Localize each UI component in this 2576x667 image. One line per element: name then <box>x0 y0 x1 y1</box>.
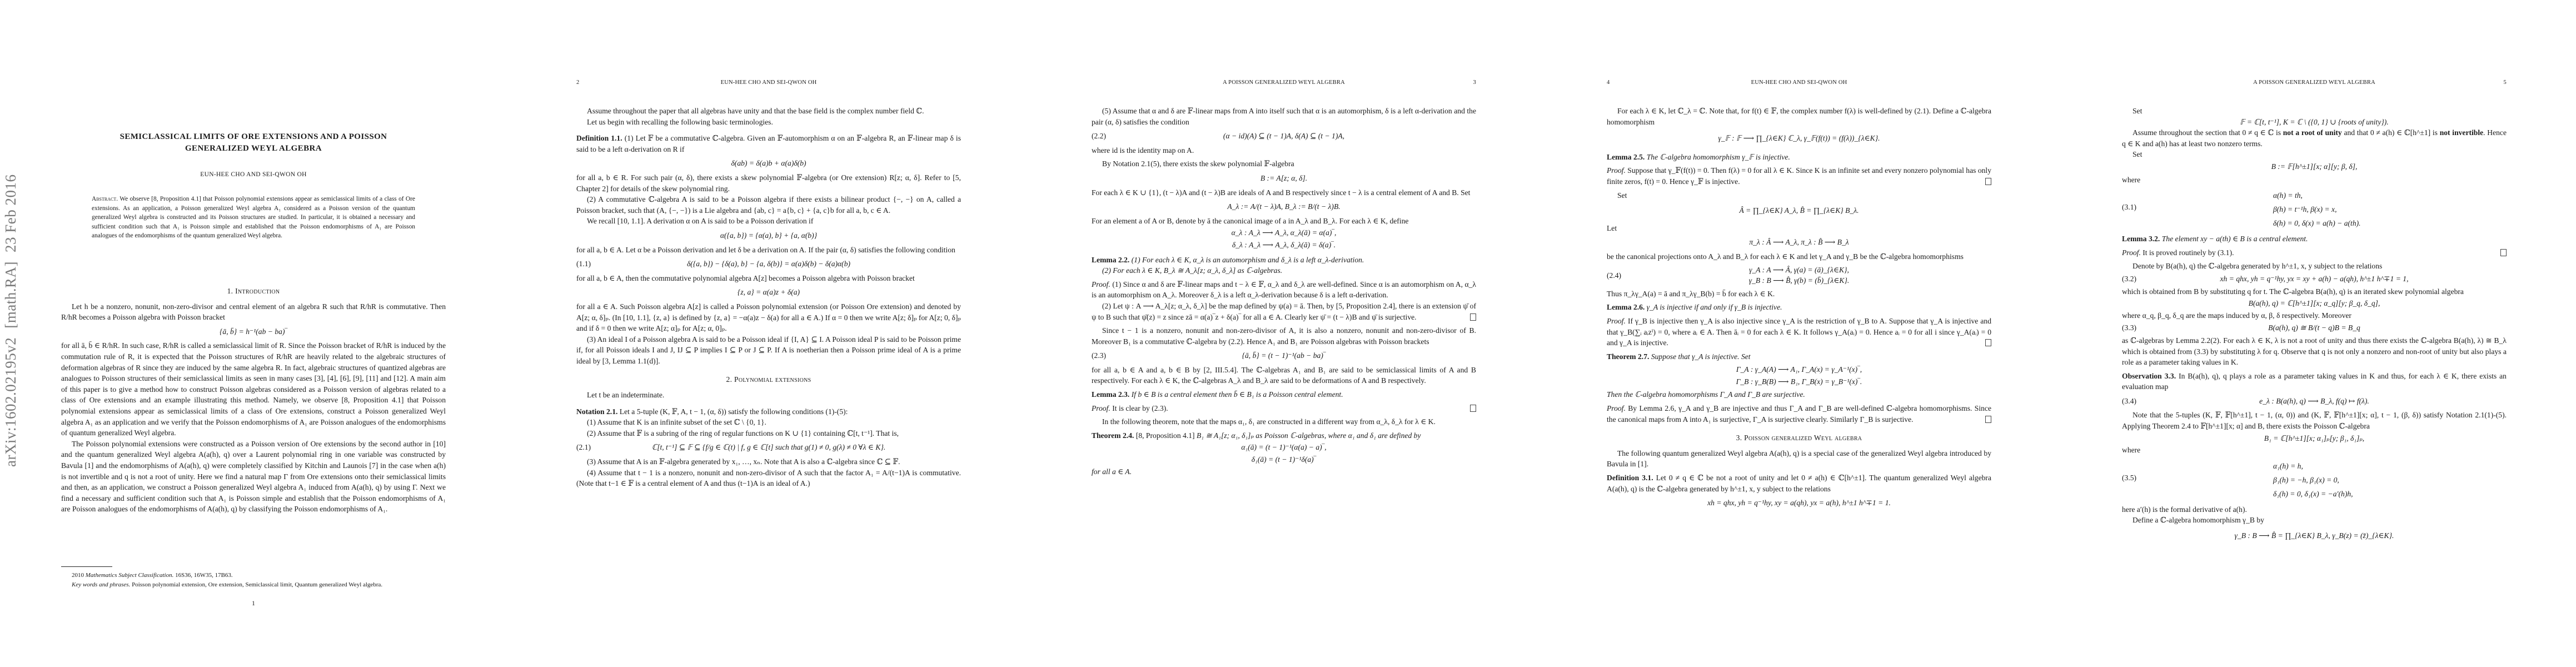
footnotes: 2010 Mathematics Subject Classification.… <box>61 571 446 590</box>
proof-label: Proof. <box>1092 404 1110 412</box>
theorem-label: Theorem 2.4. <box>1092 431 1134 440</box>
equation: {ā, b̄} = h⁻¹(ab − ba)‾ <box>61 326 446 337</box>
paragraph: In the following theorem, note that the … <box>1092 416 1476 427</box>
page-1: arXiv:1602.02195v2[math.RA]23 Feb 2016 S… <box>0 0 515 667</box>
paragraph: For each λ ∈ K, let ℂ_λ = ℂ. Note that, … <box>1607 106 1991 127</box>
section-heading-polynomial-extensions: 2. Polynomial extensions <box>576 374 961 385</box>
proof-label: Proof. <box>2122 248 2141 257</box>
definition-text: Let 0 ≠ q ∈ ℂ be not a root of unity and… <box>1607 474 1991 493</box>
paragraph: (3) An ideal I of a Poisson algebra A is… <box>576 334 961 367</box>
equation: Γ_B : γ_B(B) ⟶ B₁, Γ_B(x) = γ_B⁻¹(x)‾. <box>1607 376 1991 387</box>
equation-body: {ā, b̄} = (t − 1)⁻¹(ab − ba)‾ <box>1242 351 1326 360</box>
paragraph: Define a ℂ-algebra homomorphism γ_B by <box>2122 515 2507 526</box>
text-run: and that 0 ≠ a(h) ∈ ℂ[h^±1] is <box>2344 128 2438 137</box>
equation: 𝔽 = ℂ[t, t⁻¹], K = ℂ \ ({0, 1} ∪ {roots … <box>2122 117 2507 128</box>
definition-text: (1) Let 𝔽 be a commutative ℂ-algebra. Gi… <box>576 134 961 153</box>
equation-3-5: (3.5) α₁(h) = h, β₁(h) = −h, β₁(x) = 0, … <box>2122 459 2507 501</box>
page-5-body: Set 𝔽 = ℂ[t, t⁻¹], K = ℂ \ ({0, 1} ∪ {ro… <box>2122 106 2507 546</box>
notation-item: (2) Assume that 𝔽 is a subring of the ri… <box>576 428 961 439</box>
definition-label: Definition 3.1. <box>1607 474 1653 482</box>
proof-text: It is clear by (2.3). <box>1112 404 1168 412</box>
equation-tag: (2.2) <box>1092 131 1106 142</box>
lemma-label: Lemma 3.2. <box>2122 235 2160 243</box>
equation: Γ_A : γ_A(A) ⟶ A₁, Γ_A(x) = γ_A⁻¹(x)‾, <box>1607 364 1991 375</box>
equation-tag: (3.1) <box>2122 202 2136 213</box>
page-4-body: For each λ ∈ K, let ℂ_λ = ℂ. Note that, … <box>1607 106 1991 512</box>
paper-title: SEMICLASSICAL LIMITS OF ORE EXTENSIONS A… <box>61 131 446 155</box>
paragraph: Set <box>2122 149 2507 160</box>
running-head-title: A POISSON GENERALIZED WEYL ALGEBRA <box>2122 79 2507 86</box>
paragraph: Let us begin with recalling the followin… <box>576 117 961 128</box>
equation-3-4: (3.4)e_λ : B(a(h), q) ⟶ B_λ, f(q) ↦ f(λ)… <box>2122 396 2507 407</box>
equation: γ_B : B ⟶ B̂ = ∏_{λ∈K} B_λ, γ_B(z) = (z̄… <box>2122 530 2507 541</box>
paragraph: For each λ ∈ K ∪ {1}, (t − λ)A and (t − … <box>1092 187 1476 198</box>
theorem-label: Theorem 2.7. <box>1607 352 1649 361</box>
equation-2-4: (2.4) γ_A : A ⟶ Â, γ(a) = (ā)_{λ∈K}, γ_B… <box>1607 265 1991 286</box>
equation: α({a, b}) = {α(a), b} + {a, α(b)} <box>576 230 961 241</box>
equation: B₁ = ℂ[h^±1][x; α₁]ₚ[y; β₁, δ₁]ₚ, <box>2122 433 2507 444</box>
equation: π_λ : Â ⟶ A_λ, π_λ : B̂ ⟶ B_λ <box>1607 237 1991 248</box>
notation-item: (4) Assume that t − 1 is a nonzero, nonu… <box>576 467 961 489</box>
equation-line: δ₁(h) = 0, δ₁(x) = −a′(h)h, <box>2273 487 2507 501</box>
qed-box-icon <box>1985 339 1991 346</box>
paragraph: here a′(h) is the formal derivative of a… <box>2122 504 2507 515</box>
proof-label: Proof. <box>1607 404 1626 412</box>
msc-year: 2010 <box>72 572 84 579</box>
equation-line: β₁(h) = −h, β₁(x) = 0, <box>2273 473 2507 487</box>
theorem-text: for all a ∈ A. <box>1092 466 1476 477</box>
arxiv-watermark: arXiv:1602.02195v2[math.RA]23 Feb 2016 <box>2 166 19 467</box>
authors: EUN-HEE CHO AND SEI-QWON OH <box>61 171 446 178</box>
paragraph: The following quantum generalized Weyl a… <box>1607 448 1991 470</box>
text-run: Assume throughout the section that 0 ≠ q… <box>2132 128 2281 137</box>
paragraph: for all a, b ∈ A, then the commutative p… <box>576 273 961 284</box>
paragraph: where <box>2122 175 2507 186</box>
equation-1-1: (1.1)δ({a, b}) − {δ(a), b} − {a, δ(b)} =… <box>576 258 961 270</box>
paragraph: Assume throughout the section that 0 ≠ q… <box>2122 127 2507 149</box>
paragraph: Since t − 1 is a nonzero, nonunit and no… <box>1092 325 1476 347</box>
page-5: A POISSON GENERALIZED WEYL ALGEBRA 5 Set… <box>2061 0 2576 667</box>
equation-tag: (3.3) <box>2122 322 2136 333</box>
paragraph: Let <box>1607 223 1991 234</box>
equation: α_λ : A_λ ⟶ A_λ, α_λ(ā) = α(a)‾, <box>1092 227 1476 238</box>
equation-3-2: (3.2)xh = qhx, yh = q⁻¹hy, yx = xy + a(h… <box>2122 273 2507 285</box>
paragraph: By Notation 2.1(5), there exists the ske… <box>1092 158 1476 170</box>
keywords-label: Key words and phrases. <box>72 581 130 588</box>
running-head: A POISSON GENERALIZED WEYL ALGEBRA 5 <box>2122 79 2507 88</box>
page-4: 4 EUN-HEE CHO AND SEI-QWON OH For each λ… <box>1546 0 2061 667</box>
proof-text: (1) Since α and δ are 𝔽-linear maps and … <box>1092 280 1476 300</box>
notation-item: (5) Assume that α and δ are 𝔽-linear map… <box>1092 106 1476 127</box>
theorem-text: Suppose that γ_A is injective. Set <box>1651 352 1751 361</box>
qed-box-icon <box>2500 249 2507 256</box>
equation: δ_λ : A_λ ⟶ A_λ, δ_λ(ā) = δ(a)‾. <box>1092 240 1476 251</box>
equation-body: (α − id)(A) ⊆ (t − 1)A, δ(A) ⊆ (t − 1)A, <box>1223 132 1344 140</box>
paragraph: for all a ∈ A. Such Poisson algebra A[z]… <box>576 301 961 334</box>
proof-text: If γ_B is injective then γ_A is also inj… <box>1607 317 1991 347</box>
paragraph: Note that the 5-tuples (K, 𝔽, 𝔽[h^±1], t… <box>2122 410 2507 431</box>
equation-2-2: (2.2)(α − id)(A) ⊆ (t − 1)A, δ(A) ⊆ (t −… <box>1092 131 1476 142</box>
abstract-label: Abstract. <box>92 196 118 202</box>
equation-2-3: (2.3){ā, b̄} = (t − 1)⁻¹(ab − ba)‾ <box>1092 350 1476 361</box>
equation-tag: (3.4) <box>2122 396 2136 407</box>
equation-3-3: (3.3)B(a(h), q) ≅ B/(t − q)B = B_q <box>2122 322 2507 333</box>
lemma-text: The ℂ-algebra homomorphism γ_𝔽 is inject… <box>1647 153 1790 161</box>
arxiv-category: [math.RA] <box>2 261 19 328</box>
page-3: A POISSON GENERALIZED WEYL ALGEBRA 3 (5)… <box>1030 0 1546 667</box>
title-line-2: GENERALIZED WEYL ALGEBRA <box>61 143 446 155</box>
equation: δ₁(ā) = (t − 1)⁻¹δ(a)‾ <box>1092 454 1476 465</box>
paragraph: where id is the identity map on A. <box>1092 145 1476 156</box>
page-2: 2 EUN-HEE CHO AND SEI-QWON OH Assume thr… <box>515 0 1030 667</box>
proof-label: Proof. <box>1607 317 1626 325</box>
proof-text: Suppose that γ_𝔽(f(t)) = 0. Then f(λ) = … <box>1607 166 1991 186</box>
equation: B := 𝔽[h^±1][x; α][y; β, δ], <box>2122 161 2507 172</box>
equation-tag: (3.2) <box>2122 273 2136 285</box>
paragraph: Let h be a nonzero, nonunit, non-zero-di… <box>61 301 446 323</box>
equation: A_λ := A/(t − λ)A, B_λ := B/(t − λ)B. <box>1092 201 1476 212</box>
lemma-text: γ_A is injective if and only if γ_B is i… <box>1647 303 1782 311</box>
qed-box-icon <box>1470 405 1476 412</box>
paragraph: Assume throughout the paper that all alg… <box>576 106 961 117</box>
page-number: 1 <box>61 599 446 608</box>
paragraph: Denote by B(a(h), q) the ℂ-algebra gener… <box>2122 261 2507 272</box>
paragraph: for all a, b ∈ A and a, b ∈ B by [2, III… <box>1092 365 1476 386</box>
lemma-text: The element xy − a(th) ∈ B is a central … <box>2162 235 2308 243</box>
abstract-text: We observe [8, Proposition 4.1] that Poi… <box>92 196 415 239</box>
lemma-text: (1) For each λ ∈ K, α_λ is an automorphi… <box>1132 256 1364 264</box>
paragraph: Set <box>1607 190 1991 201</box>
notation-item: (3) Assume that A is an 𝔽-algebra genera… <box>576 456 961 467</box>
running-head-title: A POISSON GENERALIZED WEYL ALGEBRA <box>1092 79 1476 86</box>
theorem-text: B₁ ≅ A₁[z; α₁, δ₁]ₚ as Poisson ℂ-algebra… <box>1197 431 1421 440</box>
proof-text: By Lemma 2.6, γ_A and γ_B are injective … <box>1607 404 1991 424</box>
running-head-title: EUN-HEE CHO AND SEI-QWON OH <box>576 79 961 86</box>
arxiv-id: arXiv:1602.02195v2 <box>2 337 19 467</box>
lemma-label: Lemma 2.5. <box>1607 153 1645 161</box>
running-head-title: EUN-HEE CHO AND SEI-QWON OH <box>1607 79 1991 86</box>
equation-line: γ_A : A ⟶ Â, γ(a) = (ā)_{λ∈K}, <box>1607 265 1991 276</box>
title-line-1: SEMICLASSICAL LIMITS OF ORE EXTENSIONS A… <box>61 131 446 143</box>
equation: γ_𝔽 : 𝔽 ⟶ ∏_{λ∈K} ℂ_λ, γ_𝔽(f(t)) = (f(λ)… <box>1607 133 1991 144</box>
lemma-label: Lemma 2.3. <box>1092 390 1129 399</box>
paragraph: For an element a of A or B, denote by ā … <box>1092 216 1476 227</box>
equation-tag: (2.4) <box>1607 270 1621 281</box>
equation-tag: (2.3) <box>1092 350 1106 361</box>
abstract: Abstract. We observe [8, Proposition 4.1… <box>92 195 415 241</box>
proof-text: (2) Let ψ : A ⟶ A_λ[z; α_λ, δ_λ] be the … <box>1092 302 1476 321</box>
paragraph: for all ā, b̄ ∈ R/hR. In such case, R/hR… <box>61 340 446 438</box>
proof-label: Proof. <box>1607 166 1626 175</box>
paragraph: which is obtained from B by substituting… <box>2122 286 2507 297</box>
page-number: 5 <box>2504 79 2507 86</box>
theorem-text: Then the ℂ-algebra homomorphisms Γ_A and… <box>1607 389 1991 400</box>
equation: B(a(h), q) = ℂ[h^±1][x; α_q][y; β_q, δ_q… <box>2122 298 2507 309</box>
equation-3-1: (3.1) α(h) = th, β(h) = t⁻¹h, β(x) = x, … <box>2122 188 2507 230</box>
page-1-body: 1. Introduction Let h be a nonzero, nonu… <box>61 278 446 515</box>
arxiv-date: 23 Feb 2016 <box>2 175 19 253</box>
equation-body: e_λ : B(a(h), q) ⟶ B_λ, f(q) ↦ f(λ). <box>2259 397 2369 405</box>
paragraph: as ℂ-algebras by Lemma 2.2(2). For each … <box>2122 335 2507 368</box>
qed-box-icon <box>1985 416 1991 423</box>
qed-box-icon <box>1470 313 1476 321</box>
msc-label: Mathematics Subject Classification. <box>86 572 174 579</box>
proof-label: Proof. <box>1092 280 1110 288</box>
paragraph: We recall [10, 1.1]. A derivation α on A… <box>576 216 961 227</box>
paragraph: where <box>2122 445 2507 456</box>
running-head: A POISSON GENERALIZED WEYL ALGEBRA 3 <box>1092 79 1476 88</box>
page-2-body: Assume throughout the paper that all alg… <box>576 106 961 489</box>
paragraph: The Poisson polynomial extensions were c… <box>61 439 446 515</box>
equation: α₁(ā) = (t − 1)⁻¹(α(a) − a)‾, <box>1092 442 1476 453</box>
emphasis: not invertible <box>2440 128 2483 137</box>
definition-label: Definition 1.1. <box>576 134 622 142</box>
running-head: 4 EUN-HEE CHO AND SEI-QWON OH <box>1607 79 1991 88</box>
running-head: 2 EUN-HEE CHO AND SEI-QWON OH <box>576 79 961 88</box>
section-heading-poisson-gwa: 3. Poisson generalized Weyl algebra <box>1607 432 1991 444</box>
paragraph: for all a, b ∈ R. For such pair (α, δ), … <box>576 172 961 194</box>
observation-label: Observation 3.3. <box>2122 372 2176 380</box>
observation-text: In B(a(h), q), q plays a role as a param… <box>2122 372 2507 391</box>
page-number: 3 <box>1473 79 1476 86</box>
equation: {z, a} = α(a)z + δ(a) <box>576 287 961 298</box>
paragraph: (2) A commutative ℂ-algebra A is said to… <box>576 194 961 216</box>
equation-line: γ_B : B ⟶ B̂, γ(b) = (b̄)_{λ∈K}. <box>1607 275 1991 286</box>
msc-codes: 16S36, 16W35, 17B63. <box>175 572 233 579</box>
paragraph: Let t be an indeterminate. <box>576 390 961 401</box>
notation-label: Notation 2.1. <box>576 407 617 416</box>
paragraph: for all a, b ∈ A. Let α be a Poisson der… <box>576 245 961 256</box>
lemma-label: Lemma 2.6. <box>1607 303 1645 311</box>
proof-text: It is proved routinely by (3.1). <box>2142 248 2234 257</box>
equation-body: δ({a, b}) − {δ(a), b} − {a, δ(b)} = α(a)… <box>687 260 850 268</box>
paragraph: Set <box>2122 106 2507 117</box>
lemma-label: Lemma 2.2. <box>1092 256 1129 264</box>
theorem-citation: [8, Proposition 4.1] <box>1136 431 1195 440</box>
lemma-text: If b ∈ B is a central element then b̄ ∈ … <box>1132 390 1343 399</box>
qed-box-icon <box>1985 178 1991 185</box>
equation-2-1: (2.1)ℂ[t, t⁻¹] ⊆ 𝔽 ⊆ {f/g ∈ ℂ(t) | f, g … <box>576 442 961 453</box>
page-3-body: (5) Assume that α and δ are 𝔽-linear map… <box>1092 106 1476 477</box>
equation-line: δ(h) = 0, δ(x) = a(h) − a(th). <box>2273 216 2507 230</box>
equation-line: β(h) = t⁻¹h, β(x) = x, <box>2273 202 2507 216</box>
equation-line: α₁(h) = h, <box>2273 459 2507 473</box>
section-heading-introduction: 1. Introduction <box>61 286 446 297</box>
equation: Â = ∏_{λ∈K} A_λ, B̂ = ∏_{λ∈K} B_λ. <box>1607 205 1991 216</box>
paragraph: where α_q, β_q, δ_q are the maps induced… <box>2122 310 2507 321</box>
emphasis: not a root of unity <box>2283 128 2342 137</box>
keywords-text: Poisson polynomial extension, Ore extens… <box>132 581 382 588</box>
paragraph: Thus π_λγ_A(a) = ā and π_λγ_B(b) = b̄ fo… <box>1607 288 1991 300</box>
footnote-rule <box>61 566 112 567</box>
paragraph: be the canonical projections onto A_λ an… <box>1607 251 1991 262</box>
equation-line: α(h) = th, <box>2273 188 2507 202</box>
equation-body: xh = qhx, yh = q⁻¹hy, yx = xy + a(h) − a… <box>2220 275 2409 283</box>
equation: xh = qhx, yh = q⁻¹hy, xy = a(qh), yx = a… <box>1607 497 1991 509</box>
equation-tag: (3.5) <box>2122 472 2136 484</box>
equation-tag: (1.1) <box>576 258 591 270</box>
equation-tag: (2.1) <box>576 442 591 453</box>
lemma-text: (2) For each λ ∈ K, B_λ ≅ A_λ[z; α_λ, δ_… <box>1092 265 1476 276</box>
equation: δ(ab) = δ(a)b + α(a)δ(b) <box>576 158 961 169</box>
equation-body: B(a(h), q) ≅ B/(t − q)B = B_q <box>2268 323 2360 332</box>
equation: B := A[z; α, δ]. <box>1092 173 1476 184</box>
equation-body: ℂ[t, t⁻¹] ⊆ 𝔽 ⊆ {f/g ∈ ℂ(t) | f, g ∈ ℂ[t… <box>652 443 886 451</box>
notation-text: Let a 5-tuple (K, 𝔽, A, t − 1, (α, δ)) s… <box>620 407 848 416</box>
notation-item: (1) Assume that K is an infinite subset … <box>576 417 961 428</box>
